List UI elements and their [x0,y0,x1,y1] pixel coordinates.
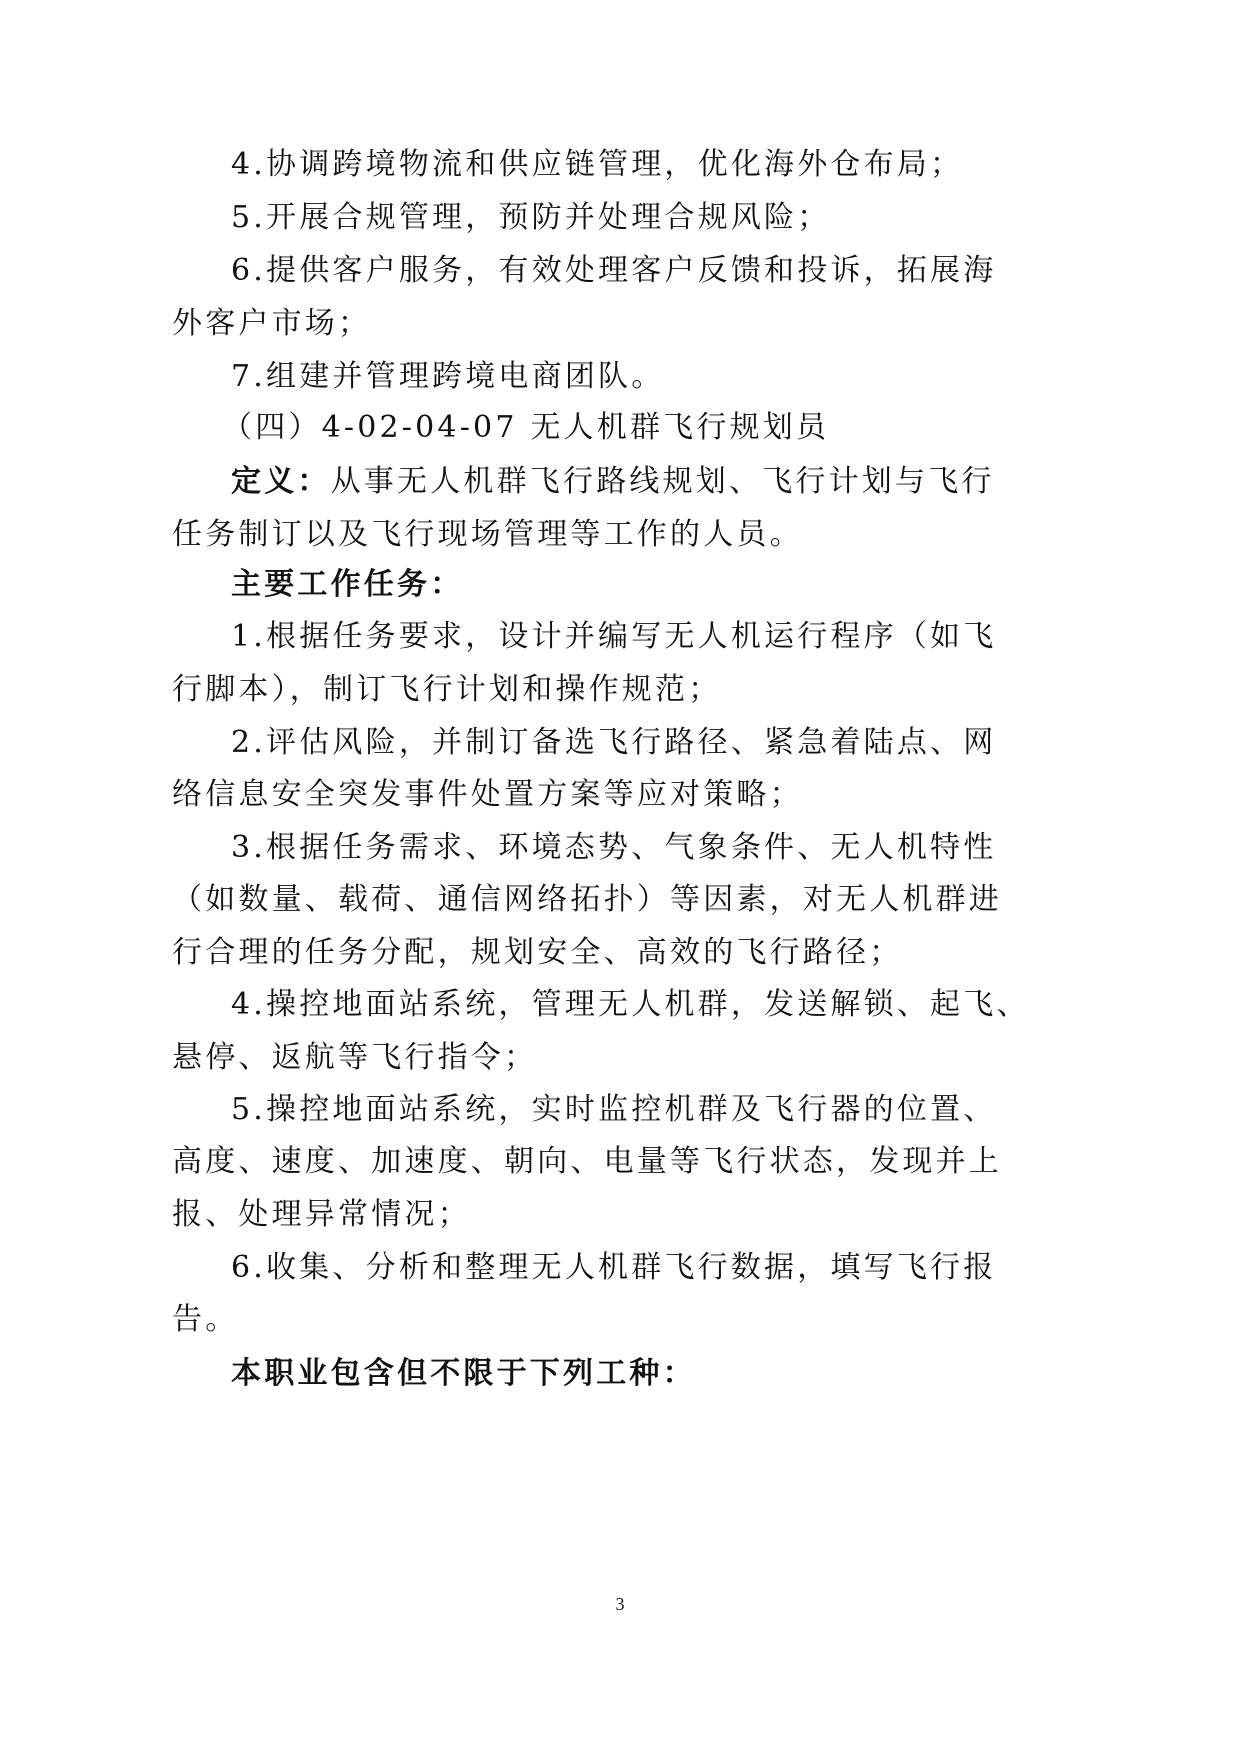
text-line: 5.开展合规管理，预防并处理合规风险； [231,198,951,238]
definition-paragraph: 定义：从事无人机群飞行路线规划、飞行计划与飞行 [231,462,951,502]
document-page: 4.协调跨境物流和供应链管理，优化海外仓布局； 5.开展合规管理，预防并处理合规… [0,0,1240,1753]
includes-heading: 本职业包含但不限于下列工种： [231,1354,951,1394]
text-line: 6.提供客户服务，有效处理客户反馈和投诉，拓展海 [231,251,951,291]
task-item: 5.操控地面站系统，实时监控机群及飞行器的位置、 [231,1090,951,1130]
text-line: 外客户市场； [172,304,952,344]
task-item: 1.根据任务要求，设计并编写无人机运行程序（如飞 [231,617,951,657]
task-item-cont: 悬停、返航等飞行指令； [172,1038,952,1078]
task-item-cont: 行脚本），制订飞行计划和操作规范； [172,670,952,710]
task-item: 6.收集、分析和整理无人机群飞行数据，填写飞行报 [231,1248,951,1288]
text-line: 4.协调跨境物流和供应链管理，优化海外仓布局； [231,145,951,185]
task-item-cont: 报、处理异常情况； [172,1195,952,1235]
task-item-cont: 告。 [172,1300,952,1340]
task-item: 2.评估风险，并制订备选飞行路径、紧急着陆点、网 [231,723,951,763]
task-item-cont: （如数量、载荷、通信网络拓扑）等因素，对无人机群进 [172,880,952,920]
task-item-cont: 络信息安全突发事件处置方案等应对策略； [172,775,952,815]
section-heading: （四）4-02-04-07 无人机群飞行规划员 [222,408,1002,448]
text-line: 7.组建并管理跨境电商团队。 [231,357,951,397]
task-item-cont: 行合理的任务分配，规划安全、高效的飞行路径； [172,933,952,973]
task-item: 3.根据任务需求、环境态势、气象条件、无人机特性 [231,828,951,868]
tasks-heading: 主要工作任务： [231,565,951,605]
task-item: 4.操控地面站系统，管理无人机群，发送解锁、起飞、 [231,985,951,1025]
definition-label: 定义： [231,464,331,499]
page-number: 3 [0,1594,1240,1615]
text-line: 任务制订以及飞行现场管理等工作的人员。 [172,515,952,555]
definition-text: 从事无人机群飞行路线规划、飞行计划与飞行 [331,464,995,499]
task-item-cont: 高度、速度、加速度、朝向、电量等飞行状态，发现并上 [172,1142,952,1182]
